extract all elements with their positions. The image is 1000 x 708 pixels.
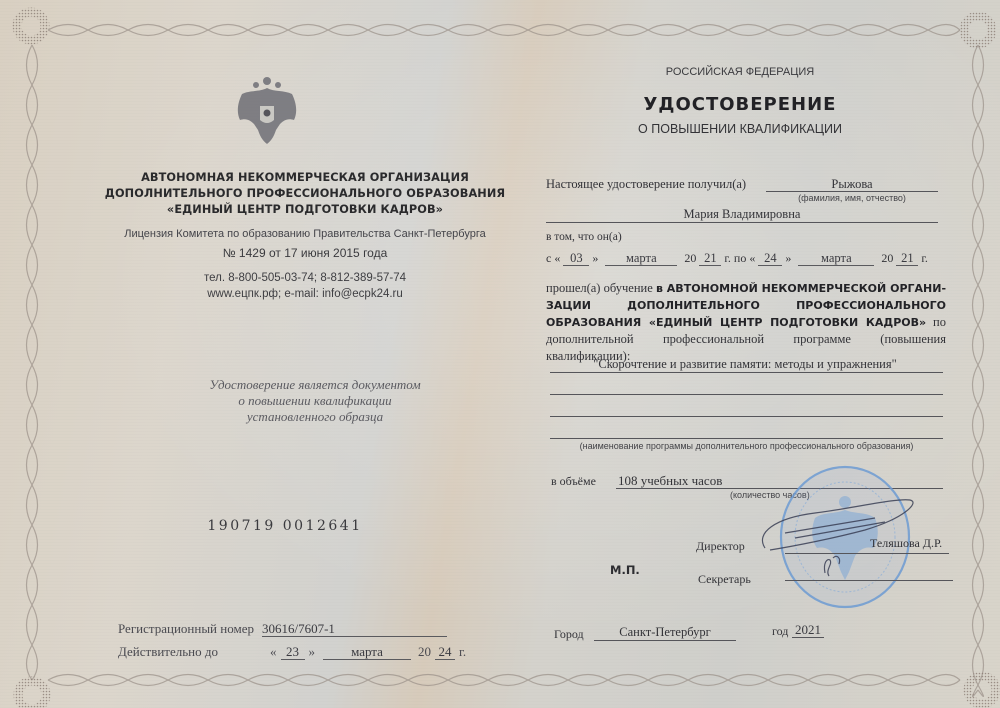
organization-name: АВТОНОМНАЯ НЕКОММЕРЧЕСКАЯ ОРГАНИЗАЦИЯ ДО… [70, 170, 540, 218]
year-unit: г. [921, 251, 928, 265]
from-prefix: с « [546, 251, 560, 265]
secretary-line [785, 580, 953, 581]
from-day: 03 [563, 251, 589, 266]
to-day: 24 [758, 251, 782, 266]
secretary-label: Секретарь [698, 572, 751, 587]
certificate-title: УДОСТОВЕРЕНИЕ [540, 94, 940, 115]
statement-line: установленного образца [90, 409, 540, 425]
program-line [550, 394, 943, 395]
city-line [594, 640, 736, 641]
year-prefix: 20 [684, 251, 696, 265]
city-value: Санкт-Петербург [594, 625, 736, 640]
year-value: 2021 [792, 623, 824, 638]
quote: « [270, 644, 277, 659]
legal-statement: Удостоверение является документом о повы… [90, 377, 540, 425]
valid-until-row: Действительно до « 23 » марта 20 24 г. [118, 643, 466, 661]
year-unit: г. [459, 644, 466, 659]
volume-value: 108 учебных часов [618, 473, 722, 489]
valid-year: 24 [435, 645, 455, 660]
license-text: Лицензия Комитета по образованию Правите… [70, 228, 540, 240]
registration-row: Регистрационный номер 30616/7607-1 [118, 620, 447, 638]
training-paragraph: прошел(а) обучение в АВТОНОМНОЙ НЕКОММЕР… [546, 280, 946, 365]
seal-label: М.П. [610, 563, 640, 577]
registration-value: 30616/7607-1 [262, 622, 447, 637]
director-signature [755, 488, 925, 578]
period-intro: в том, что он(а) [546, 231, 622, 243]
to-year: 21 [896, 251, 918, 266]
program-line [550, 416, 943, 417]
program-name: "Скорочтение и развитие памяти: методы и… [550, 357, 940, 372]
recipient-caption: (фамилия, имя, отчество) [766, 193, 938, 203]
volume-label: в объёме [551, 474, 596, 489]
valid-month: марта [323, 645, 411, 660]
valid-until-label: Действительно до [118, 644, 266, 660]
name-line [546, 222, 938, 223]
quote: » [785, 251, 791, 265]
to-prefix: г. по « [724, 251, 755, 265]
serial-number: 190719 0012641 [100, 518, 470, 534]
statement-line: о повышении квалификации [90, 393, 540, 409]
quote: » [309, 644, 316, 659]
recipient-name: Мария Владимировна [546, 207, 938, 222]
valid-day: 23 [281, 645, 305, 660]
program-line [550, 372, 943, 373]
director-name: Теляшова Д.Р. [870, 536, 942, 551]
contacts: тел. 8-800-505-03-74; 8-812-389-57-74 ww… [70, 270, 540, 302]
year-prefix: 20 [881, 251, 893, 265]
to-month: марта [798, 251, 874, 266]
program-line [550, 438, 943, 439]
org-name-line: АВТОНОМНАЯ НЕКОММЕРЧЕСКАЯ ОРГАНИЗАЦИЯ [70, 170, 540, 186]
training-lead: прошел(а) обучение [546, 281, 653, 295]
recipient-surname: Рыжова [766, 177, 938, 192]
org-name-line: «ЕДИНЫЙ ЦЕНТР ПОДГОТОВКИ КАДРОВ» [70, 202, 540, 218]
quote: » [592, 251, 598, 265]
web-text: www.ецпк.рф; e-mail: info@ecpk24.ru [70, 286, 540, 302]
country-label: РОССИЙСКАЯ ФЕДЕРАЦИЯ [540, 66, 940, 78]
certificate-subtitle: О ПОВЫШЕНИИ КВАЛИФИКАЦИИ [540, 122, 940, 136]
license-number: № 1429 от 17 июня 2015 года [70, 246, 540, 260]
from-year: 21 [699, 251, 721, 266]
recipient-label: Настоящее удостоверение получил(а) [546, 177, 746, 192]
year-prefix: 20 [418, 644, 431, 659]
director-line [785, 553, 949, 554]
period-row: с « 03 » марта 20 21 г. по « 24 » марта … [546, 251, 928, 266]
program-caption: (наименование программы дополнительного … [550, 441, 943, 451]
year-label: год [772, 624, 788, 639]
org-name-line: ДОПОЛНИТЕЛЬНОГО ПРОФЕССИОНАЛЬНОГО ОБРАЗО… [70, 186, 540, 202]
city-label: Город [554, 627, 584, 642]
from-month: марта [605, 251, 677, 266]
coat-of-arms-icon [232, 72, 302, 147]
statement-line: Удостоверение является документом [90, 377, 540, 393]
phone-text: тел. 8-800-505-03-74; 8-812-389-57-74 [70, 270, 540, 286]
director-label: Директор [696, 539, 745, 554]
registration-label: Регистрационный номер [118, 621, 254, 636]
